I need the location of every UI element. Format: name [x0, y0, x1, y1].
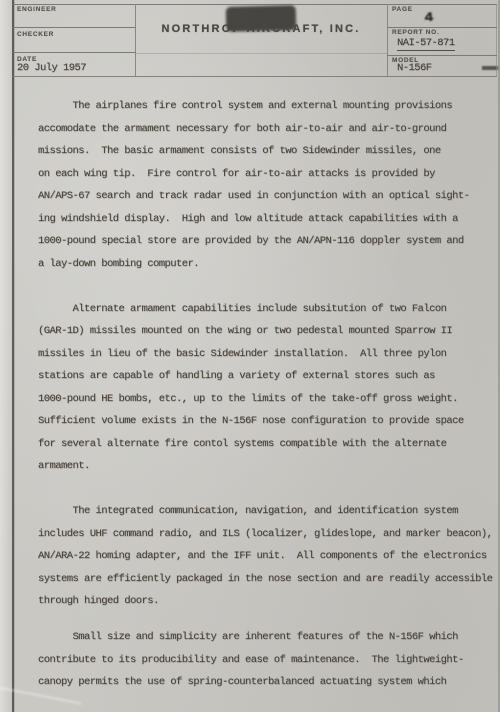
company-name: NORTHROP AIRCRAFT, INC.: [135, 23, 387, 35]
paragraph-maintenance: Small size and simplicity are inherent f…: [38, 626, 494, 694]
report-no-label: REPORT NO.: [392, 29, 439, 36]
header-top-line: [13, 4, 497, 5]
page-row-line: [387, 27, 497, 28]
date-value: 20 July 1957: [17, 62, 86, 74]
header-right-border: [496, 4, 497, 76]
engineer-label: ENGINEER: [17, 6, 57, 13]
page-label: PAGE: [392, 6, 413, 13]
checker-row-line: [13, 52, 135, 53]
engineer-row-line: [13, 27, 135, 28]
model-value: N-156F: [397, 62, 432, 74]
checker-label: CHECKER: [17, 31, 54, 38]
page-number: 4: [424, 10, 434, 25]
header-divider-left: [135, 4, 136, 76]
report-row-line: [387, 55, 497, 56]
paragraph-electronics: The integrated communication, navigation…: [38, 500, 494, 613]
report-no-value: NAI-57-871: [397, 37, 455, 51]
page-left-border-line: [12, 0, 14, 712]
scanned-document-page: ENGINEER CHECKER DATE 20 July 1957 NORTH…: [0, 0, 500, 712]
header-bottom-line: [13, 76, 497, 77]
document-body: The airplanes fire control system and ex…: [38, 95, 494, 694]
paragraph-armament: The airplanes fire control system and ex…: [38, 95, 494, 275]
header-divider-right: [387, 4, 388, 76]
paragraph-alternate-armament: Alternate armament capabilities include …: [38, 298, 494, 478]
center-row-line: [135, 53, 387, 54]
